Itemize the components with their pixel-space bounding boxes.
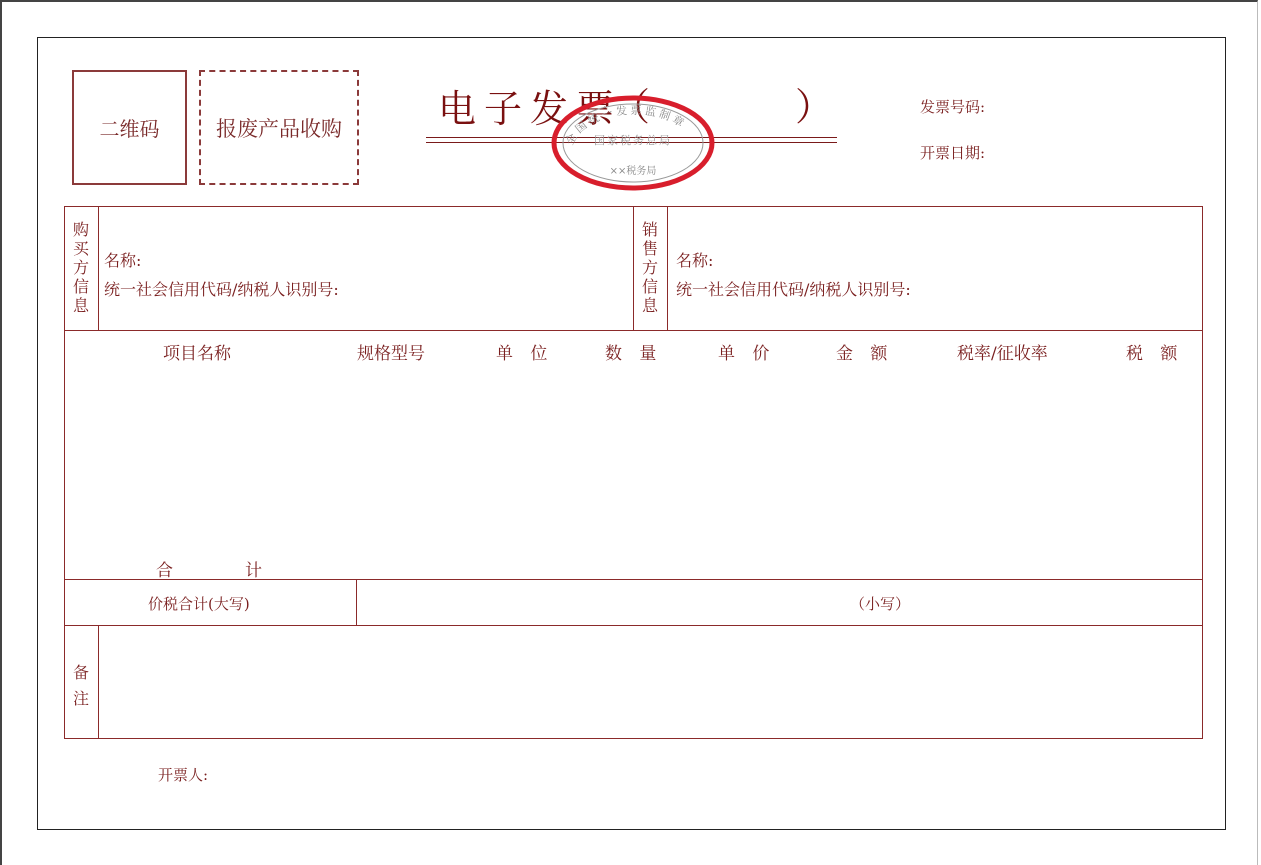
official-seal-stamp: 全国统一发票监制章 国家税务总局 ××税务局 — [550, 94, 716, 192]
seller-tax-id-label: 统一社会信用代码/纳税人识别号: — [676, 277, 911, 300]
total-label-he: 合 — [156, 556, 173, 581]
qr-code-placeholder: 二维码 — [72, 70, 187, 185]
col-tax-amount: 税 额 — [1126, 339, 1183, 364]
remarks-label-divider — [98, 625, 99, 739]
buyer-label-divider — [98, 206, 99, 331]
amount-in-figures-label: （小写） — [850, 593, 910, 614]
col-unit: 单 位 — [496, 339, 553, 364]
buyer-name-label: 名称: — [104, 248, 141, 271]
grid-items-bottom — [64, 579, 1203, 580]
seller-side-label: 销售方信息 — [640, 220, 660, 315]
issuer-label: 开票人: — [158, 764, 208, 785]
grid-left — [64, 206, 65, 739]
buyer-tax-id-label: 统一社会信用代码/纳税人识别号: — [104, 277, 339, 300]
col-amount: 金 额 — [836, 339, 893, 364]
invoice-date-label: 开票日期: — [920, 142, 985, 163]
qr-code-label: 二维码 — [100, 113, 160, 142]
col-spec-model: 规格型号 — [357, 339, 425, 364]
totals-divider — [356, 579, 357, 626]
col-tax-rate: 税率/征收率 — [957, 339, 1048, 364]
stamp-middle-text: 国家税务总局 — [594, 133, 672, 147]
seller-name-label: 名称: — [676, 248, 713, 271]
remarks-side-label: 备注 — [71, 660, 91, 712]
seller-block-divider — [633, 206, 634, 331]
col-unit-price: 单 价 — [718, 339, 775, 364]
scrap-purchase-label: 报废产品收购 — [216, 113, 342, 143]
stamp-bottom-text: ××税务局 — [610, 164, 657, 177]
buyer-side-label: 购买方信息 — [71, 220, 91, 315]
invoice-number-label: 发票号码: — [920, 96, 985, 117]
col-quantity: 数 量 — [605, 339, 662, 364]
amount-in-words-label: 价税合计(大写) — [148, 593, 250, 614]
grid-bottom — [64, 738, 1203, 739]
title-paren-close: ） — [795, 76, 833, 131]
scrap-purchase-box: 报废产品收购 — [199, 70, 359, 185]
grid-totals-bottom — [64, 625, 1203, 626]
col-item-name: 项目名称 — [163, 339, 231, 364]
seller-label-divider — [667, 206, 668, 331]
total-label-ji: 计 — [245, 556, 262, 581]
grid-right — [1202, 206, 1203, 739]
